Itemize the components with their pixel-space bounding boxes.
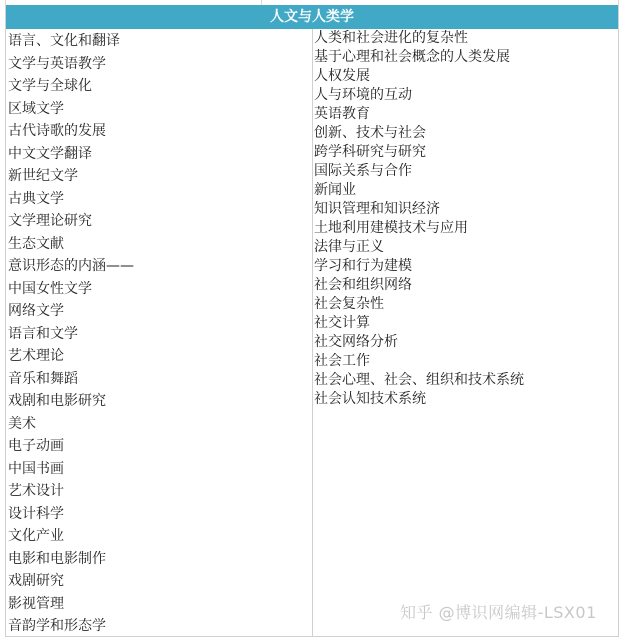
list-item: 意识形态的内涵——	[6, 255, 312, 278]
list-item: 文学与全球化	[6, 75, 312, 98]
list-item: 中国书画	[6, 458, 312, 481]
list-item: 电子动画	[6, 435, 312, 458]
table-header: 人文与人类学	[6, 5, 618, 29]
list-item: 电影和电影制作	[6, 548, 312, 571]
list-item: 语言、文化和翻译	[6, 30, 312, 53]
list-item: 基于心理和社会概念的人类发展	[313, 48, 618, 67]
list-item: 文学理论研究	[6, 210, 312, 233]
list-item: 文化产业	[6, 525, 312, 548]
left-column: 语言、文化和翻译文学与英语教学文学与全球化区域文学古代诗歌的发展中文文学翻译新世…	[6, 29, 313, 636]
list-item: 网络文学	[6, 300, 312, 323]
list-item: 社会心理、社会、组织和技术系统	[313, 371, 618, 390]
list-item: 学习和行为建模	[313, 257, 618, 276]
list-item: 戏剧和电影研究	[6, 390, 312, 413]
list-item: 设计科学	[6, 503, 312, 526]
list-item: 美术	[6, 413, 312, 436]
list-item: 人与环境的互动	[313, 86, 618, 105]
list-item: 新闻业	[313, 181, 618, 200]
list-item: 社会认知技术系统	[313, 390, 618, 409]
list-item: 社会和组织网络	[313, 276, 618, 295]
watermark: 知乎 @博识网编辑-LSX01	[400, 600, 597, 623]
right-column: 人类和社会进化的复杂性基于心理和社会概念的人类发展人权发展人与环境的互动英语教育…	[313, 29, 618, 636]
list-item: 国际关系与合作	[313, 162, 618, 181]
list-item: 人类和社会进化的复杂性	[313, 29, 618, 48]
list-item: 中国女性文学	[6, 278, 312, 301]
list-item: 古代诗歌的发展	[6, 120, 312, 143]
list-item: 新世纪文学	[6, 165, 312, 188]
list-item: 艺术理论	[6, 345, 312, 368]
list-item: 社交网络分析	[313, 333, 618, 352]
list-item: 法律与正义	[313, 238, 618, 257]
list-item: 古典文学	[6, 188, 312, 211]
list-item: 区域文学	[6, 98, 312, 121]
list-item: 文学与英语教学	[6, 53, 312, 76]
list-item: 影视管理	[6, 593, 312, 616]
list-item: 语言和文学	[6, 323, 312, 346]
list-item: 社交计算	[313, 314, 618, 333]
list-item: 英语教育	[313, 105, 618, 124]
list-item: 生态文献	[6, 233, 312, 256]
list-item: 音韵学和形态学	[6, 615, 312, 638]
list-item: 社会工作	[313, 352, 618, 371]
list-item: 人权发展	[313, 67, 618, 86]
list-item: 创新、技术与社会	[313, 124, 618, 143]
list-item: 社会复杂性	[313, 295, 618, 314]
subject-table: 人文与人类学 语言、文化和翻译文学与英语教学文学与全球化区域文学古代诗歌的发展中…	[5, 5, 619, 637]
list-item: 中文文学翻译	[6, 143, 312, 166]
list-item: 土地利用建模技术与应用	[313, 219, 618, 238]
list-item: 跨学科研究与研究	[313, 143, 618, 162]
list-item: 戏剧研究	[6, 570, 312, 593]
list-item: 音乐和舞蹈	[6, 368, 312, 391]
list-item: 艺术设计	[6, 480, 312, 503]
list-item: 知识管理和知识经济	[313, 200, 618, 219]
